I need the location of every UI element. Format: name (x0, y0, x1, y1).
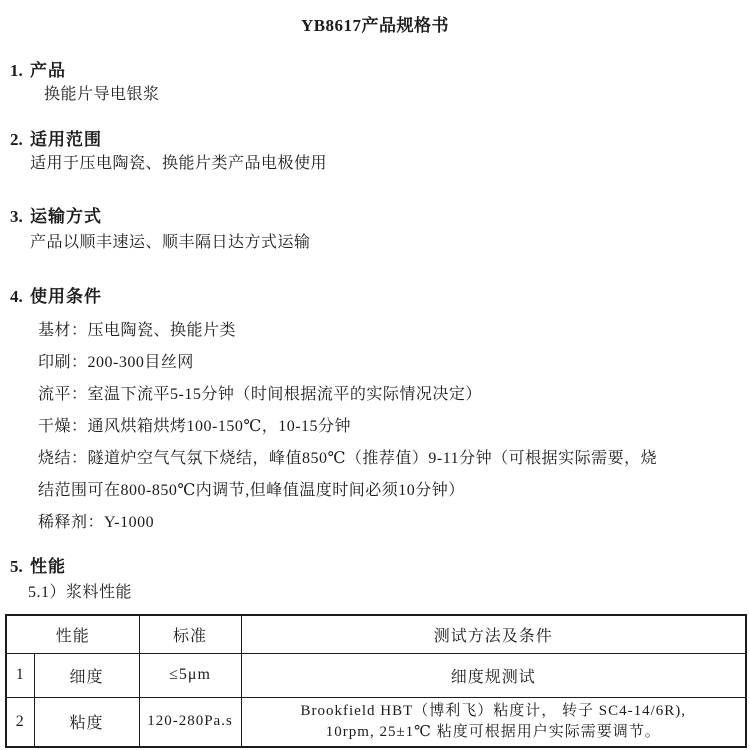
method-cell: 细度规测试 (241, 653, 746, 697)
condition-drying: 干燥：通风烘箱烘烤100-150℃，10-15分钟 (38, 411, 750, 443)
row-index-cell: 1 (6, 653, 34, 697)
section-shipping: 3. 运输方式 产品以顺丰速运、顺丰隔日达方式运输 (0, 206, 750, 254)
standard-cell: ≤5μm (139, 653, 241, 697)
method-line-1: Brookfield HBT（博利飞）粘度计， 转子 SC4-14/6R), (242, 701, 745, 722)
property-cell: 粘度 (34, 697, 139, 747)
usage-conditions-list: 基材：压电陶瓷、换能片类 印刷：200-300目丝网 流平：室温下流平5-15分… (0, 315, 750, 539)
condition-substrate: 基材：压电陶瓷、换能片类 (38, 315, 750, 347)
section-performance: 5. 性能 5.1）浆料性能 (0, 556, 750, 604)
section-title: 运输方式 (30, 206, 102, 228)
section-title: 产品 (30, 60, 66, 82)
section-number: 1. (10, 60, 30, 82)
document-page: YB8617产品规格书 1. 产品 换能片导电银浆 2. 适用范围 适用于压电陶… (0, 0, 750, 750)
row-index-cell: 2 (6, 697, 34, 747)
condition-printing: 印刷：200-300目丝网 (38, 347, 750, 379)
table-header-row: 性能 标准 测试方法及条件 (6, 615, 746, 653)
col-header-method: 测试方法及条件 (241, 615, 746, 653)
section-body-line: 换能片导电银浆 (0, 84, 750, 106)
section-usage-conditions: 4. 使用条件 基材：压电陶瓷、换能片类 印刷：200-300目丝网 流平：室温… (0, 286, 750, 539)
section-heading: 3. 运输方式 (0, 206, 750, 228)
document-title: YB8617产品规格书 (0, 0, 750, 36)
section-scope: 2. 适用范围 适用于压电陶瓷、换能片类产品电极使用 (0, 129, 750, 175)
section-heading: 1. 产品 (0, 60, 750, 82)
table-row-fineness: 1 细度 ≤5μm 细度规测试 (6, 653, 746, 697)
condition-leveling: 流平：室温下流平5-15分钟（时间根据流平的实际情况决定） (38, 379, 750, 411)
section-heading: 2. 适用范围 (0, 129, 750, 151)
col-header-property: 性能 (6, 615, 139, 653)
section-number: 5. (10, 556, 30, 578)
section-heading: 4. 使用条件 (0, 286, 750, 308)
method-cell: Brookfield HBT（博利飞）粘度计， 转子 SC4-14/6R), 1… (241, 697, 746, 747)
section-number: 2. (10, 129, 30, 151)
method-line-2: 10rpm, 25±1℃ 粘度可根据用户实际需要调节。 (242, 722, 745, 743)
section-body-line: 产品以顺丰速运、顺丰隔日达方式运输 (0, 232, 750, 254)
section-product: 1. 产品 换能片导电银浆 (0, 60, 750, 106)
table-row-viscosity: 2 粘度 120-280Pa.s Brookfield HBT（博利飞）粘度计，… (6, 697, 746, 747)
section-title: 使用条件 (30, 286, 102, 308)
col-header-standard: 标准 (139, 615, 241, 653)
section-heading: 5. 性能 (0, 556, 750, 578)
condition-thinner: 稀释剂：Y-1000 (38, 507, 750, 539)
section-number: 4. (10, 286, 30, 308)
section-body-line: 适用于压电陶瓷、换能片类产品电极使用 (0, 153, 750, 175)
condition-sintering-line-2: 结范围可在800-850℃内调节,但峰值温度时间必须10分钟） (38, 475, 750, 507)
standard-cell: 120-280Pa.s (139, 697, 241, 747)
performance-table: 性能 标准 测试方法及条件 1 细度 ≤5μm 细度规测试 2 粘度 120-2… (5, 614, 747, 748)
section-title: 适用范围 (30, 129, 102, 151)
section-number: 3. (10, 206, 30, 228)
subsection-title: 5.1）浆料性能 (0, 582, 750, 604)
property-cell: 细度 (34, 653, 139, 697)
condition-sintering-line-1: 烧结：隧道炉空气气氛下烧结，峰值850℃（推荐值）9-11分钟（可根据实际需要，… (38, 443, 750, 475)
section-title: 性能 (30, 556, 66, 578)
